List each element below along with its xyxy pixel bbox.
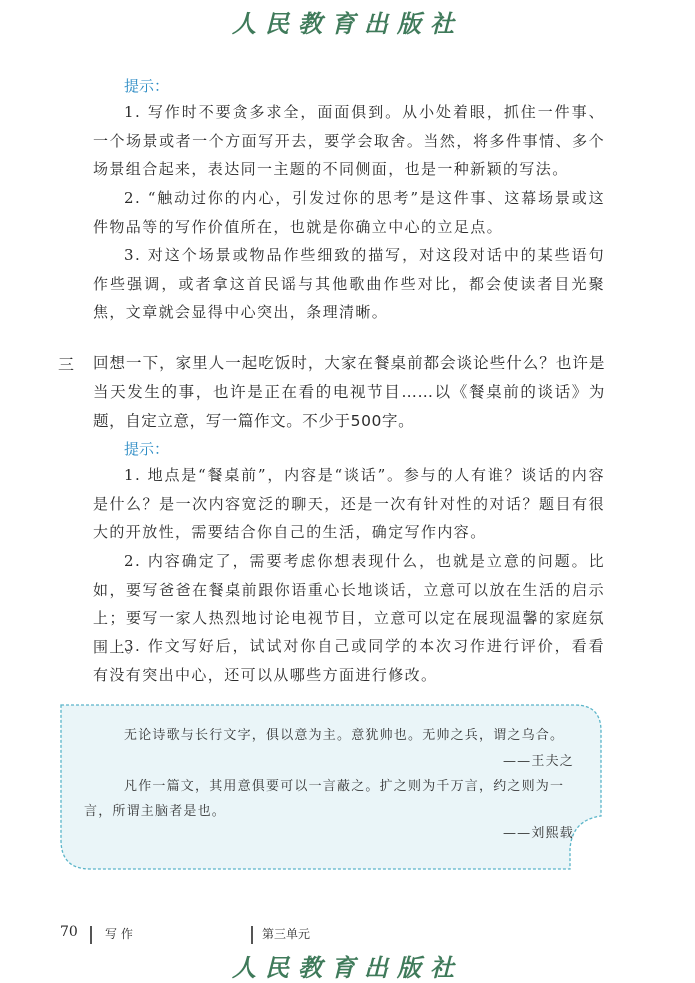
hint-item-2: 2. “触动过你的内心，引发过你的思考”是这件事、这幕场景或这件物品等的写作价值…	[93, 184, 605, 241]
hint-text: 1. 写作时不要贪多求全，面面俱到。从小处着眼，抓住一件事、一个场景或者一个方面…	[93, 103, 605, 178]
hint-label: 提示：	[124, 75, 169, 96]
quote-text-continued: 言，所谓主脑者是也。	[84, 800, 226, 819]
quote-author: ——刘熙载	[503, 822, 574, 841]
hint-item-3: 3. 对这个场景或物品作些细致的描写，对这段对话中的某些语句作些强调，或者拿这首…	[93, 241, 605, 327]
hint-item-3: 3. 作文写好后，试试对你自己或同学的本次习作进行评价，看看有没有突出中心，还可…	[93, 632, 605, 689]
hint-item-1: 1. 写作时不要贪多求全，面面俱到。从小处着眼，抓住一件事、一个场景或者一个方面…	[93, 98, 605, 184]
quote-box: 无论诗歌与长行文字，俱以意为主。意犹帅也。无帅之兵，谓之乌合。 ——王夫之 凡作…	[60, 704, 602, 870]
footer-unit: 第三单元	[262, 925, 310, 942]
footer-section: 写 作	[105, 925, 133, 942]
section-number: 三	[58, 352, 74, 375]
hint-text: 3. 对这个场景或物品作些细致的描写，对这段对话中的某些语句作些强调，或者拿这首…	[93, 246, 605, 321]
hint-text: 2. “触动过你的内心，引发过你的思考”是这件事、这幕场景或这件物品等的写作价值…	[93, 189, 605, 236]
quote-text: 凡作一篇文，其用意俱要可以一言蔽之。扩之则为千万言，约之则为一	[124, 775, 564, 794]
page-number: 70	[60, 924, 78, 940]
hint-item-1: 1. 地点是“餐桌前”，内容是“谈话”。参与的人有谁？谈话的内容是什么？是一次内…	[93, 461, 605, 547]
footer-divider	[251, 926, 253, 944]
quote-author: ——王夫之	[503, 750, 574, 769]
footer-divider	[90, 926, 92, 944]
publisher-logo-top: 人民教育出版社	[0, 4, 695, 39]
writing-task: 回想一下，家里人一起吃饭时，大家在餐桌前都会谈论些什么？也许是当天发生的事，也许…	[93, 349, 605, 436]
quote-text: 无论诗歌与长行文字，俱以意为主。意犹帅也。无帅之兵，谓之乌合。	[124, 724, 564, 743]
hint-text: 1. 地点是“餐桌前”，内容是“谈话”。参与的人有谁？谈话的内容是什么？是一次内…	[93, 466, 605, 541]
hint-label: 提示：	[124, 438, 169, 459]
hint-text: 3. 作文写好后，试试对你自己或同学的本次习作进行评价，看看有没有突出中心，还可…	[93, 637, 605, 684]
publisher-logo-bottom: 人民教育出版社	[0, 948, 695, 983]
